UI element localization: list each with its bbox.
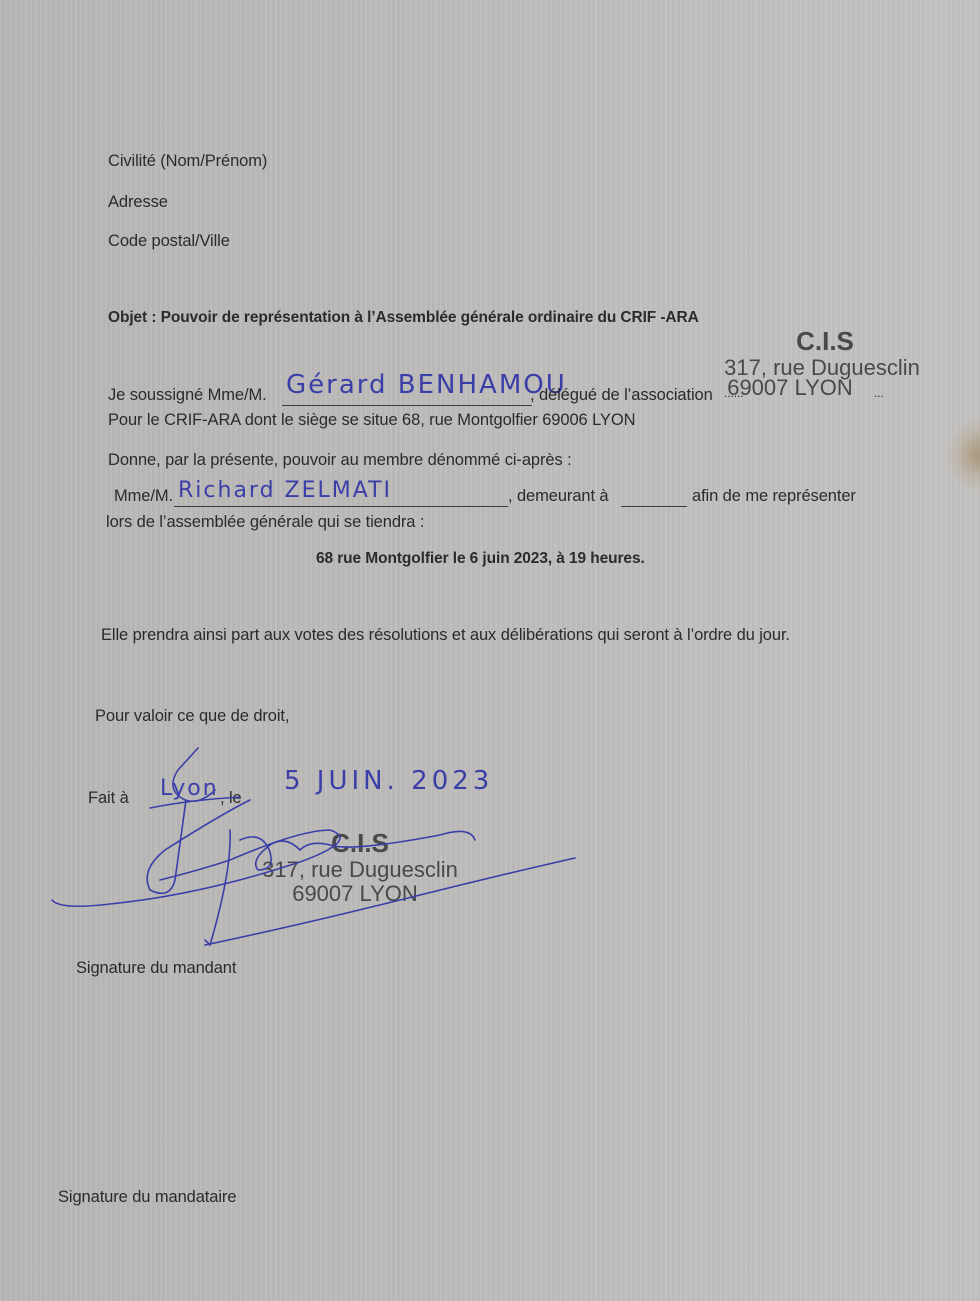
signature-scribble bbox=[0, 0, 980, 1301]
signature-mandant-label: Signature du mandant bbox=[76, 959, 236, 978]
signature-mandataire-label: Signature du mandataire bbox=[58, 1188, 236, 1207]
